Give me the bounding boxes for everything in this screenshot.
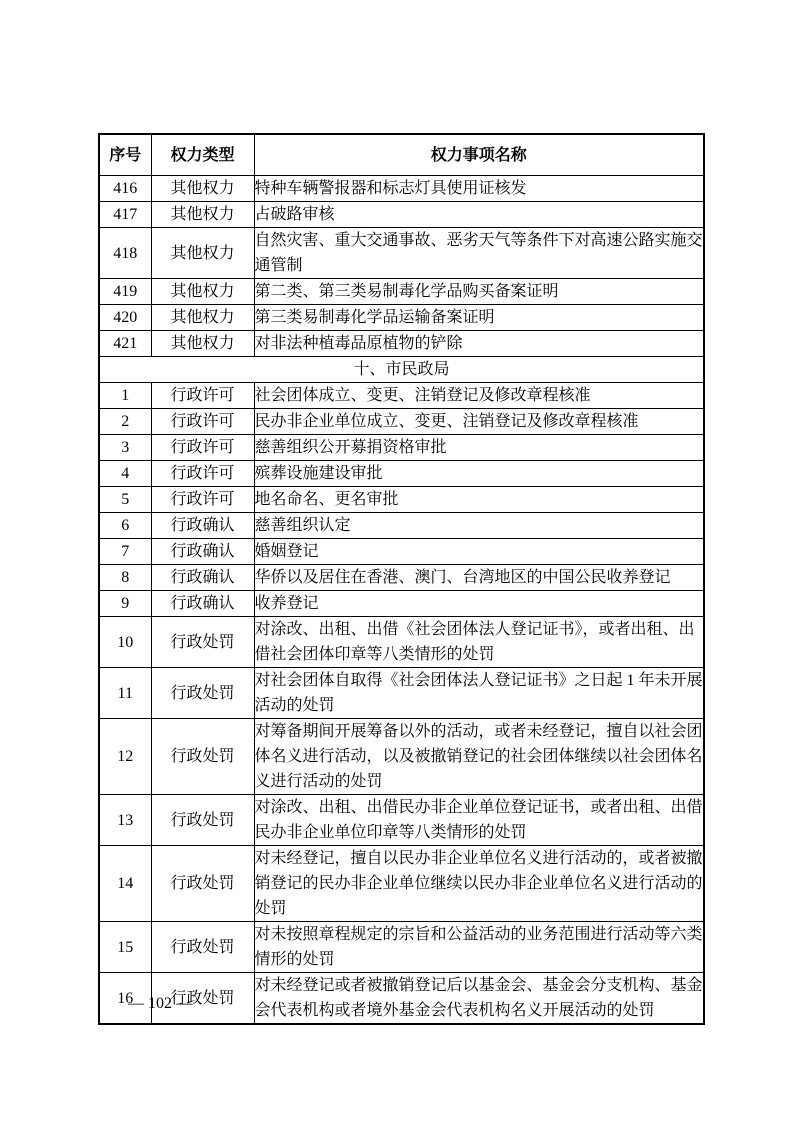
table-row: 418 其他权力 自然灾害、重大交通事故、恶劣天气等条件下对高速公路实施交通管制 [99, 228, 704, 279]
table-row: 5 行政许可 地名命名、更名审批 [99, 487, 704, 513]
row-type-cell: 行政处罚 [151, 719, 254, 795]
row-name-cell: 第二类、第三类易制毒化学品购买备案证明 [254, 279, 704, 305]
section-header-cell: 十、市民政局 [99, 357, 704, 383]
row-type-cell: 行政确认 [151, 591, 254, 617]
row-type-cell: 其他权力 [151, 279, 254, 305]
row-type-cell: 行政处罚 [151, 846, 254, 922]
table-row: 6 行政确认 慈善组织认定 [99, 513, 704, 539]
table-row: 417 其他权力 占破路审核 [99, 202, 704, 228]
table-row: 12 行政处罚 对筹备期间开展筹备以外的活动，或者未经登记，擅自以社会团体名义进… [99, 719, 704, 795]
row-name-cell: 社会团体成立、变更、注销登记及修改章程核准 [254, 383, 704, 409]
row-name-cell: 慈善组织公开募捐资格审批 [254, 435, 704, 461]
row-no-cell: 5 [99, 487, 151, 513]
table-row: 416 其他权力 特种车辆警报器和标志灯具使用证核发 [99, 176, 704, 202]
row-type-cell: 行政处罚 [151, 795, 254, 846]
row-type-cell: 行政许可 [151, 487, 254, 513]
table-row: 10 行政处罚 对涂改、出租、出借《社会团体法人登记证书》，或者出租、出借社会团… [99, 617, 704, 668]
row-name-cell: 对涂改、出租、出借民办非企业单位登记证书，或者出租、出借民办非企业单位印章等八类… [254, 795, 704, 846]
row-type-cell: 行政处罚 [151, 922, 254, 973]
row-no-cell: 417 [99, 202, 151, 228]
row-no-cell: 15 [99, 922, 151, 973]
row-no-cell: 13 [99, 795, 151, 846]
row-no-cell: 11 [99, 668, 151, 719]
power-items-table: 序号 权力类型 权力事项名称 416 其他权力 特种车辆警报器和标志灯具使用证核… [98, 133, 705, 1025]
col-header-no: 序号 [99, 134, 151, 176]
row-no-cell: 7 [99, 539, 151, 565]
row-type-cell: 行政许可 [151, 435, 254, 461]
table-row: 15 行政处罚 对未按照章程规定的宗旨和公益活动的业务范围进行活动等六类情形的处… [99, 922, 704, 973]
table-row: 14 行政处罚 对未经登记，擅自以民办非企业单位名义进行活动的，或者被撤销登记的… [99, 846, 704, 922]
row-name-cell: 对非法种植毒品原植物的铲除 [254, 331, 704, 357]
row-name-cell: 收养登记 [254, 591, 704, 617]
row-name-cell: 自然灾害、重大交通事故、恶劣天气等条件下对高速公路实施交通管制 [254, 228, 704, 279]
row-type-cell: 其他权力 [151, 305, 254, 331]
table-row: 1 行政许可 社会团体成立、变更、注销登记及修改章程核准 [99, 383, 704, 409]
row-no-cell: 421 [99, 331, 151, 357]
table-row: 4 行政许可 殡葬设施建设审批 [99, 461, 704, 487]
row-type-cell: 其他权力 [151, 331, 254, 357]
row-no-cell: 3 [99, 435, 151, 461]
row-type-cell: 其他权力 [151, 228, 254, 279]
row-type-cell: 其他权力 [151, 176, 254, 202]
row-name-cell: 地名命名、更名审批 [254, 487, 704, 513]
table-row: 13 行政处罚 对涂改、出租、出借民办非企业单位登记证书，或者出租、出借民办非企… [99, 795, 704, 846]
row-name-cell: 慈善组织认定 [254, 513, 704, 539]
row-name-cell: 特种车辆警报器和标志灯具使用证核发 [254, 176, 704, 202]
row-no-cell: 2 [99, 409, 151, 435]
col-header-name: 权力事项名称 [254, 134, 704, 176]
row-name-cell: 占破路审核 [254, 202, 704, 228]
row-no-cell: 8 [99, 565, 151, 591]
row-no-cell: 9 [99, 591, 151, 617]
table-row: 2 行政许可 民办非企业单位成立、变更、注销登记及修改章程核准 [99, 409, 704, 435]
row-name-cell: 第三类易制毒化学品运输备案证明 [254, 305, 704, 331]
row-name-cell: 对涂改、出租、出借《社会团体法人登记证书》，或者出租、出借社会团体印章等八类情形… [254, 617, 704, 668]
row-name-cell: 对社会团体自取得《社会团体法人登记证书》之日起 1 年未开展活动的处罚 [254, 668, 704, 719]
row-name-cell: 对筹备期间开展筹备以外的活动，或者未经登记，擅自以社会团体名义进行活动，以及被撤… [254, 719, 704, 795]
page-number: — 102 — [128, 994, 192, 1014]
row-type-cell: 行政许可 [151, 409, 254, 435]
col-header-type: 权力类型 [151, 134, 254, 176]
row-no-cell: 10 [99, 617, 151, 668]
table-row: 421 其他权力 对非法种植毒品原植物的铲除 [99, 331, 704, 357]
row-type-cell: 其他权力 [151, 202, 254, 228]
row-no-cell: 6 [99, 513, 151, 539]
row-type-cell: 行政处罚 [151, 617, 254, 668]
row-type-cell: 行政确认 [151, 565, 254, 591]
table-row: 9 行政确认 收养登记 [99, 591, 704, 617]
row-no-cell: 14 [99, 846, 151, 922]
row-name-cell: 民办非企业单位成立、变更、注销登记及修改章程核准 [254, 409, 704, 435]
row-no-cell: 416 [99, 176, 151, 202]
table-row: 7 行政确认 婚姻登记 [99, 539, 704, 565]
row-no-cell: 420 [99, 305, 151, 331]
row-type-cell: 行政确认 [151, 513, 254, 539]
row-no-cell: 1 [99, 383, 151, 409]
row-name-cell: 华侨以及居住在香港、澳门、台湾地区的中国公民收养登记 [254, 565, 704, 591]
row-name-cell: 殡葬设施建设审批 [254, 461, 704, 487]
row-name-cell: 对未按照章程规定的宗旨和公益活动的业务范围进行活动等六类情形的处罚 [254, 922, 704, 973]
row-no-cell: 418 [99, 228, 151, 279]
table-row: 3 行政许可 慈善组织公开募捐资格审批 [99, 435, 704, 461]
row-type-cell: 行政确认 [151, 539, 254, 565]
table-row: 11 行政处罚 对社会团体自取得《社会团体法人登记证书》之日起 1 年未开展活动… [99, 668, 704, 719]
row-type-cell: 行政许可 [151, 461, 254, 487]
row-name-cell: 对未经登记，擅自以民办非企业单位名义进行活动的，或者被撤销登记的民办非企业单位继… [254, 846, 704, 922]
table-row: 8 行政确认 华侨以及居住在香港、澳门、台湾地区的中国公民收养登记 [99, 565, 704, 591]
row-name-cell: 婚姻登记 [254, 539, 704, 565]
document-page: 序号 权力类型 权力事项名称 416 其他权力 特种车辆警报器和标志灯具使用证核… [0, 0, 793, 1122]
table-header-row: 序号 权力类型 权力事项名称 [99, 134, 704, 176]
table-row: 419 其他权力 第二类、第三类易制毒化学品购买备案证明 [99, 279, 704, 305]
row-type-cell: 行政处罚 [151, 668, 254, 719]
row-no-cell: 12 [99, 719, 151, 795]
row-name-cell: 对未经登记或者被撤销登记后以基金会、基金会分支机构、基金会代表机构或者境外基金会… [254, 973, 704, 1025]
section-header-row: 十、市民政局 [99, 357, 704, 383]
row-no-cell: 419 [99, 279, 151, 305]
table-row: 420 其他权力 第三类易制毒化学品运输备案证明 [99, 305, 704, 331]
row-type-cell: 行政许可 [151, 383, 254, 409]
row-no-cell: 4 [99, 461, 151, 487]
